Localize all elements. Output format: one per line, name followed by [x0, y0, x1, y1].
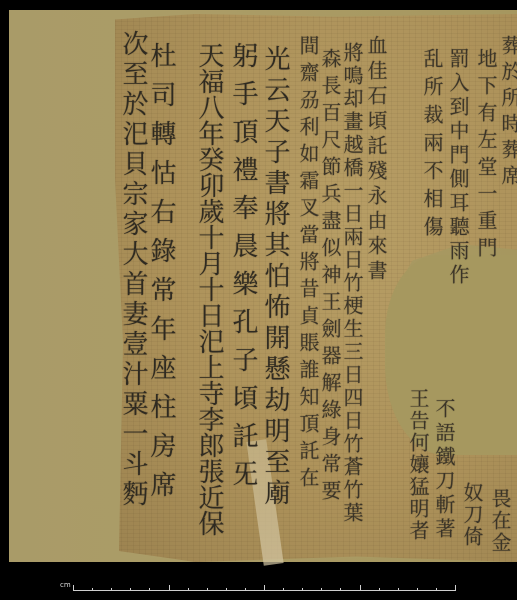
ruler-tick: [360, 585, 361, 591]
text-column-13: 葬於所時葬席: [500, 35, 517, 191]
ruler-tick: [340, 588, 341, 591]
text-column-8: 將鳴却畫越橋一日兩日竹梗生三日四日竹蒼竹葉: [342, 42, 362, 525]
text-column-5: 光云天子書將其怕怖開懸劫明至廟: [262, 45, 288, 510]
ruler-tick: [130, 588, 131, 591]
ruler-unit-label: cm: [60, 581, 71, 589]
ruler-tick: [92, 588, 93, 591]
text-column-7: 森長百尺節兵盡似神王劍器解綠身常要: [320, 48, 340, 507]
ruler-tick: [302, 588, 303, 591]
ruler-tick: [111, 588, 112, 591]
ruler-tick: [245, 588, 246, 591]
ruler-tick: [283, 588, 284, 591]
ruler-tick: [264, 585, 265, 591]
text-column-17: 畏在金: [490, 488, 510, 554]
text-column-14: 王告何孃猛明者: [408, 388, 428, 542]
text-column-11: 罰入到中門側耳聽雨作: [448, 48, 468, 288]
text-column-1: 次至於汜貝宗家大首妻壹汁粟一斗麪: [120, 30, 146, 510]
ruler-tick: [73, 585, 74, 591]
text-column-9: 血佳石頃託殘永由來書: [366, 35, 386, 285]
ruler-tick: [188, 588, 189, 591]
scale-ruler: cm: [60, 580, 460, 592]
ruler-tick: [207, 588, 208, 591]
text-column-4: 躬手頂禮奉晨樂孔子頃託旡: [230, 42, 256, 498]
ruler-tick: [455, 585, 456, 591]
text-column-3: 天福八年癸卯歲十月十日汜上寺李郎張近保: [196, 42, 222, 536]
text-column-6: 間齋刕利如霜叉當將昔貞賬誰知頂託在: [298, 35, 318, 494]
ruler-tick: [417, 588, 418, 591]
text-column-16: 奴刀倚: [462, 482, 482, 548]
ruler-tick: [226, 588, 227, 591]
ruler-tick: [321, 588, 322, 591]
ruler-tick: [149, 588, 150, 591]
ruler-tick: [398, 588, 399, 591]
text-column-10: 乱所裁兩不相傷: [422, 48, 442, 244]
text-column-15: 不語鐵刀斬著: [434, 398, 454, 542]
ruler-tick: [169, 585, 170, 591]
ruler-tick: [436, 588, 437, 591]
ruler-tick: [379, 588, 380, 591]
text-column-2: 杜司轉怙右錄常年座柱房席: [148, 42, 174, 510]
text-column-12: 地下有左堂一重門: [476, 48, 496, 264]
